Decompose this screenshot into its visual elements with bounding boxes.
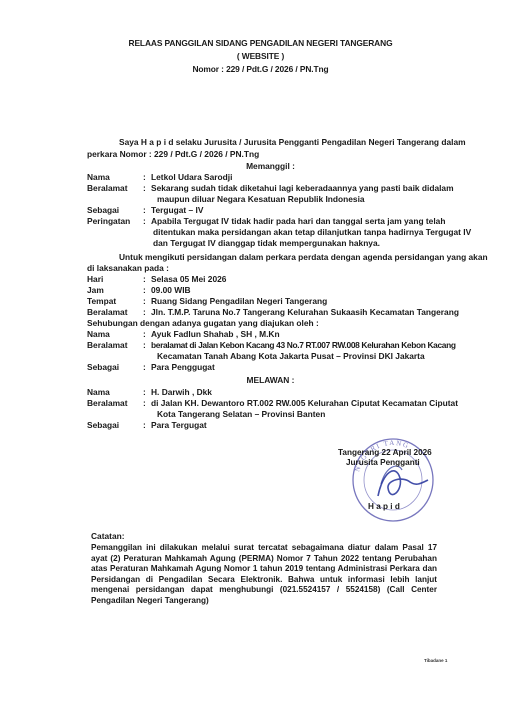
- memanggil-heading: Memanggil :: [10, 161, 521, 171]
- document-title: RELAAS PANGGILAN SIDANG PENGADILAN NEGER…: [0, 38, 521, 48]
- value: Letkol Udara Sarodji: [151, 172, 491, 183]
- intro-line-1: Saya H a p i d selaku Jurusita / Jurusit…: [119, 137, 466, 148]
- hearing-intro-line-2: di laksanakan pada :: [87, 263, 169, 274]
- hearing-intro-line-1: Untuk mengikuti persidangan dalam perkar…: [119, 252, 488, 263]
- signature-place-date: Tangerang 22 April 2026: [338, 448, 448, 458]
- document-subtitle: ( WEBSITE ): [0, 51, 521, 61]
- intro-line-2: perkara Nomor : 229 / Pdt.G / 2026 / PN.…: [87, 149, 259, 160]
- page-mark: Tibadane 1: [424, 658, 447, 663]
- melawan-heading: MELAWAN :: [10, 375, 521, 385]
- signature-block: Tangerang 22 April 2026 Jurusita Penggan…: [338, 448, 448, 512]
- signature-name: H a p i d: [338, 502, 448, 512]
- label: Nama: [87, 172, 110, 183]
- lawsuit-intro: Sehubungan dengan adanya gugatan yang di…: [87, 318, 319, 329]
- document-number: Nomor : 229 / Pdt.G / 2026 / PN.Tng: [0, 64, 521, 74]
- summons-document: RELAAS PANGGILAN SIDANG PENGADILAN NEGER…: [0, 0, 521, 715]
- signature-role: Jurusita Pengganti: [338, 458, 448, 468]
- note-body: Pemanggilan ini dilakukan melalui surat …: [91, 543, 437, 607]
- note-title: Catatan:: [91, 531, 125, 542]
